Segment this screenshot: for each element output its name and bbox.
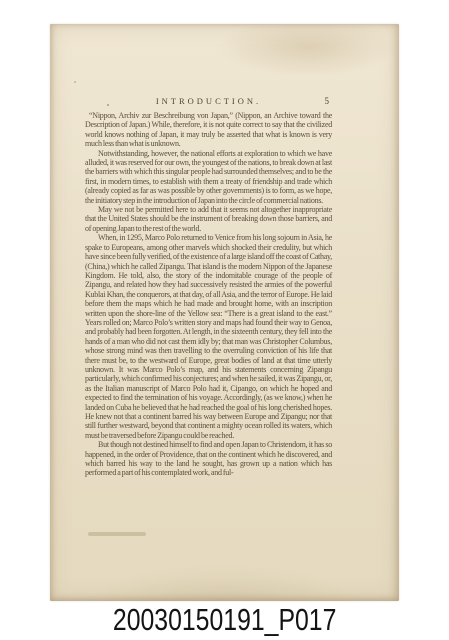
paragraph: “Nippon, Archiv zur Beschreibung von Jap… bbox=[85, 111, 332, 149]
paragraph: Notwithstanding, however, the national e… bbox=[85, 149, 332, 205]
scanned-document-card: INTRODUCTION. 5 “Nippon, Archiv zur Besc… bbox=[0, 0, 449, 640]
paragraph: When, in 1295, Marco Polo returned to Ve… bbox=[85, 233, 332, 440]
paper-speck bbox=[74, 81, 76, 83]
running-head: INTRODUCTION. 5 bbox=[85, 96, 332, 106]
running-head-title: INTRODUCTION. bbox=[156, 96, 261, 106]
book-page-photo: INTRODUCTION. 5 “Nippon, Archiv zur Besc… bbox=[50, 24, 399, 601]
catalog-number-label: 20030150191_P017 bbox=[113, 603, 336, 637]
paragraph: May we not be permitted here to add that… bbox=[85, 205, 332, 233]
paragraph: But though not destined himself to find … bbox=[85, 440, 332, 478]
page-number: 5 bbox=[325, 96, 330, 106]
ink-showthrough-smudge bbox=[88, 532, 146, 536]
caption-row: 20030150191_P017 bbox=[0, 603, 449, 637]
page-body: “Nippon, Archiv zur Beschreibung von Jap… bbox=[85, 111, 332, 478]
